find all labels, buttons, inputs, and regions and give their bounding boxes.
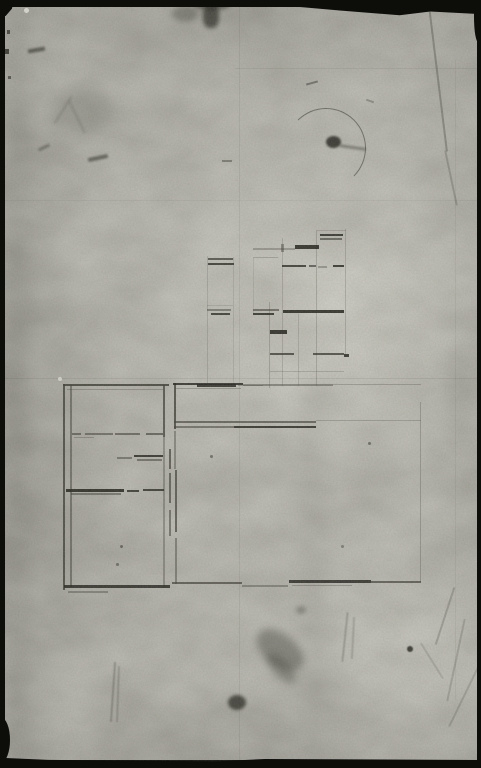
photo-border-left [0,0,5,768]
photo-of-architectural-drawing [0,0,481,768]
photo-border-right-top-edge [474,0,481,42]
film-grain-texture [0,0,481,768]
photo-border-right [477,0,481,768]
